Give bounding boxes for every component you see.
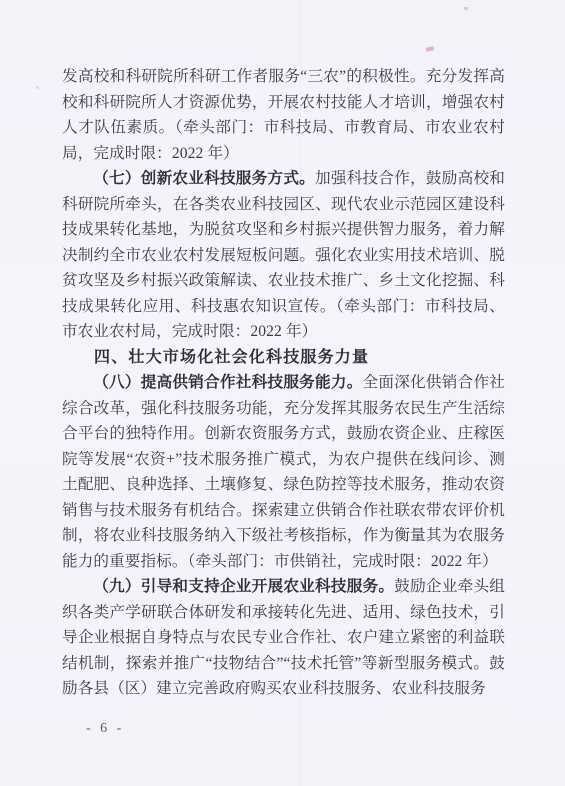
ink-speck: [426, 46, 435, 52]
page-number: - 6 -: [86, 720, 124, 738]
paragraph-continuation: 发高校和科研院所科研工作者服务“三农”的积极性。充分发挥高校和科研院所人才资源优…: [62, 64, 505, 166]
ink-speck: [464, 7, 468, 10]
paragraph-lead: （八）提高供销合作社科技服务能力。: [93, 374, 362, 391]
paragraph-item-nine: （九）引导和支持企业开展农业科技服务。鼓励企业牵头组织各类产学研联合体研发和承接…: [62, 574, 505, 702]
paragraph-item-eight: （八）提高供销合作社科技服务能力。全面深化供销合作社综合改革，强化科技服务功能，…: [62, 370, 505, 574]
paragraph-text: 加强科技合作，鼓励高校和科研院所牵头，在各类农业科技园区、现代农业示范园区建设科…: [62, 170, 505, 340]
paragraph-lead: （七）创新农业科技服务方式。: [93, 170, 315, 187]
paragraph-lead: （九）引导和支持企业开展农业科技服务。: [93, 578, 394, 595]
ink-speck: [36, 86, 39, 89]
paragraph-text: 发高校和科研院所科研工作者服务“三农”的积极性。充分发挥高校和科研院所人才资源优…: [62, 68, 505, 162]
document-text-block: 发高校和科研院所科研工作者服务“三农”的积极性。充分发挥高校和科研院所人才资源优…: [62, 64, 505, 702]
document-page: 发高校和科研院所科研工作者服务“三农”的积极性。充分发挥高校和科研院所人才资源优…: [0, 0, 565, 786]
paragraph-text: 全面深化供销合作社综合改革，强化科技服务功能，充分发挥其服务农民生产生活综合平台…: [62, 374, 505, 570]
paragraph-text: 鼓励企业牵头组织各类产学研联合体研发和承接转化先进、适用、绿色技术，引导企业根据…: [62, 578, 505, 697]
section-heading: 四、壮大市场化社会化科技服务力量: [62, 345, 505, 371]
paragraph-item-seven: （七）创新农业科技服务方式。加强科技合作，鼓励高校和科研院所牵头，在各类农业科技…: [62, 166, 505, 345]
